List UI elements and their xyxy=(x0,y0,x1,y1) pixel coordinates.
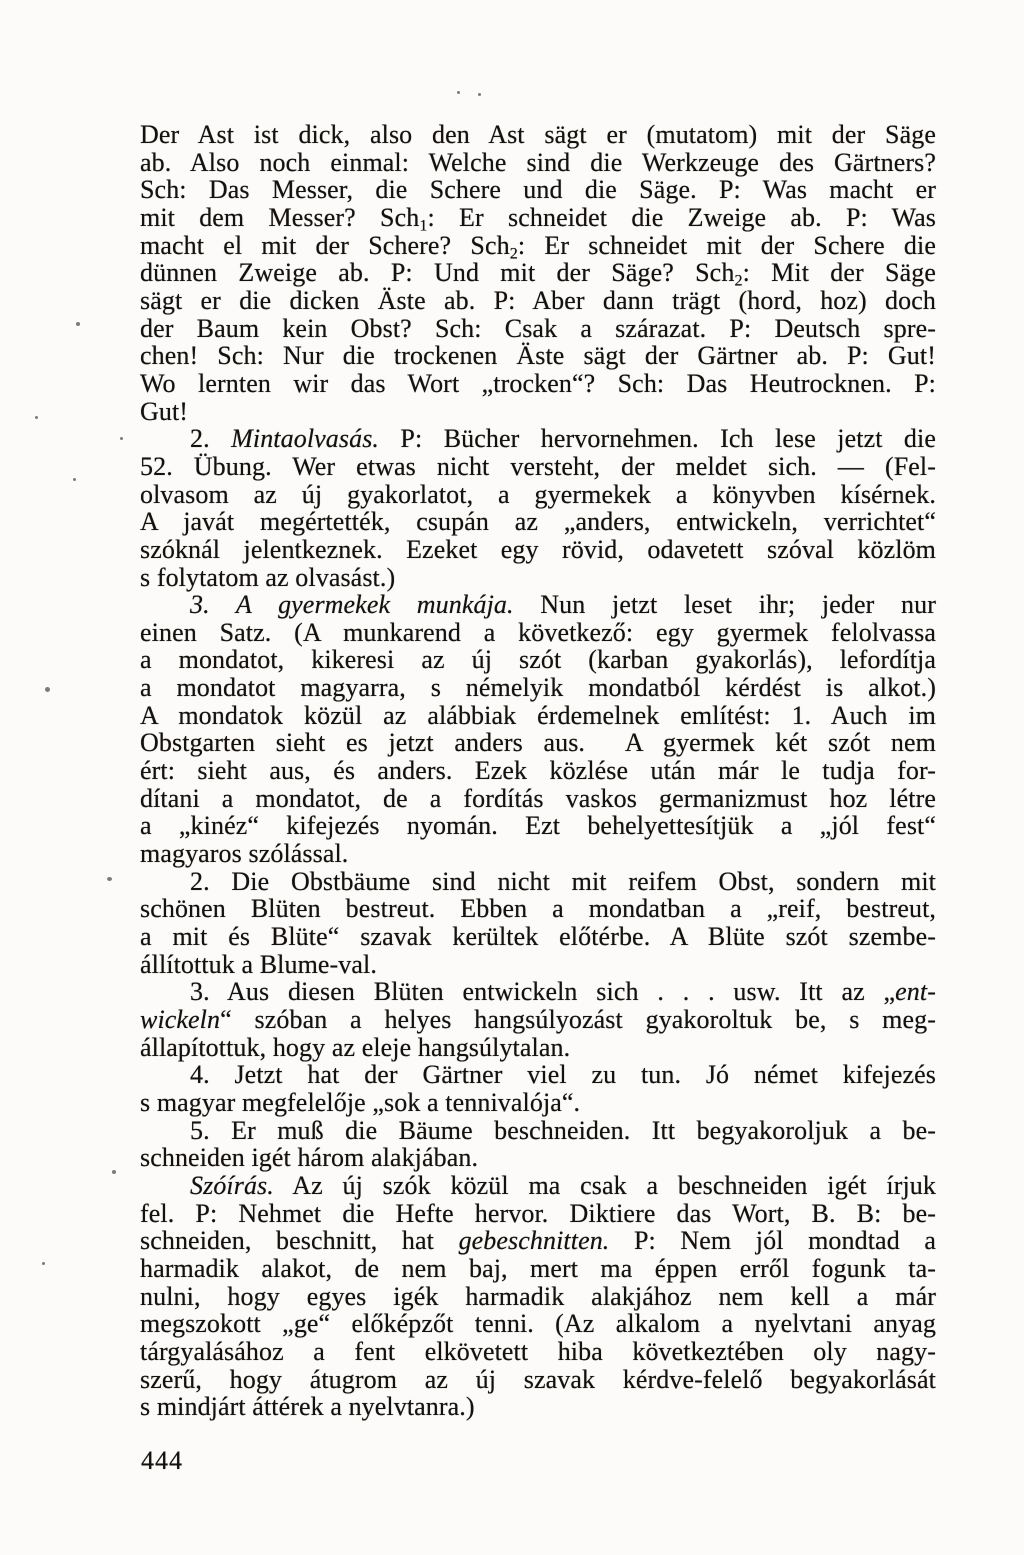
text-line: s mindjárt áttérek a nyelvtanra.) xyxy=(140,1393,936,1421)
text-line: schneiden igét három alakjában. xyxy=(140,1144,936,1172)
text-line: 2. Die Obstbäume sind nicht mit reifem O… xyxy=(140,868,936,896)
text-line: fel. P: Nehmet die Hefte hervor. Diktier… xyxy=(140,1200,936,1228)
text-line: Szóírás. Az új szók közül ma csak a besc… xyxy=(140,1172,936,1200)
text-line: olvasom az új gyakorlatot, a gyermekek a… xyxy=(140,481,936,509)
text-line: s magyar megfelelője „sok a tennivalója“… xyxy=(140,1089,936,1117)
text-line: dítani a mondatot, de a fordítás vaskos … xyxy=(140,785,936,813)
text-line: schönen Blüten bestreut. Ebben a mondatb… xyxy=(140,895,936,923)
text-line: 2. Mintaolvasás. P: Bücher hervornehmen.… xyxy=(140,425,936,453)
text-line: szóknál jelentkeznek. Ezeket egy rövid, … xyxy=(140,536,936,564)
scan-speck xyxy=(76,322,80,326)
text-line: állapítottuk, hogy az eleje hangsúlytala… xyxy=(140,1034,936,1062)
text-line: tárgyalásához a fent elkövetett hiba köv… xyxy=(140,1338,936,1366)
text-line: állítottuk a Blume-val. xyxy=(140,951,936,979)
text-line: 4. Jetzt hat der Gärtner viel zu tun. Jó… xyxy=(140,1061,936,1089)
text-line: szerű, hogy átugrom az új szavak kérdve-… xyxy=(140,1366,936,1394)
text-line: macht el mit der Schere? Sch2: Er schnei… xyxy=(140,232,936,260)
text-line: ab. Also noch einmal: Welche sind die We… xyxy=(140,149,936,177)
text-line: harmadik alakot, de nem baj, mert ma épp… xyxy=(140,1255,936,1283)
text-line: a mit és Blüte“ szavak kerültek előtérbe… xyxy=(140,923,936,951)
text-line: a „kinéz“ kifejezés nyomán. Ezt behelyet… xyxy=(140,812,936,840)
scan-speck xyxy=(107,877,112,881)
text-line: chen! Sch: Nur die trockenen Äste sägt d… xyxy=(140,342,936,370)
text-line: Wo lernten wir das Wort „trocken“? Sch: … xyxy=(140,370,936,398)
text-line: 5. Er muß die Bäume beschneiden. Itt beg… xyxy=(140,1117,936,1145)
text-line: nulni, hogy egyes igék harmadik alakjáho… xyxy=(140,1283,936,1311)
text-line: A javát megértették, csupán az „anders, … xyxy=(140,508,936,536)
text-line: ért: sieht aus, és anders. Ezek közlése … xyxy=(140,757,936,785)
scan-speck xyxy=(73,478,76,481)
text-block: Der Ast ist dick, also den Ast sägt er (… xyxy=(140,121,936,1421)
text-line: wickeln“ szóban a helyes hangsúlyozást g… xyxy=(140,1006,936,1034)
page-number: 444 xyxy=(141,1446,183,1476)
text-line: a mondatot magyarra, s némelyik mondatbó… xyxy=(140,674,936,702)
scan-speck xyxy=(478,93,481,96)
text-line: dünnen Zweige ab. P: Und mit der Säge? S… xyxy=(140,259,936,287)
text-line: Sch: Das Messer, die Schere und die Säge… xyxy=(140,176,936,204)
scan-speck xyxy=(42,1262,45,1265)
text-line: Der Ast ist dick, also den Ast sägt er (… xyxy=(140,121,936,149)
scanned-page: Der Ast ist dick, also den Ast sägt er (… xyxy=(0,0,1024,1555)
text-line: megszokott „ge“ előképzőt tenni. (Az alk… xyxy=(140,1310,936,1338)
text-line: 3. A gyermekek munkája. Nun jetzt leset … xyxy=(140,591,936,619)
scan-speck xyxy=(35,416,38,419)
text-line: einen Satz. (A munkarend a következő: eg… xyxy=(140,619,936,647)
text-line: schneiden, beschnitt, hat gebeschnitten.… xyxy=(140,1227,936,1255)
text-line: Gut! xyxy=(140,398,936,426)
text-line: s folytatom az olvasást.) xyxy=(140,564,936,592)
text-line: magyaros szólással. xyxy=(140,840,936,868)
text-line: 52. Übung. Wer etwas nicht versteht, der… xyxy=(140,453,936,481)
scan-speck xyxy=(45,687,50,692)
text-line: a mondatot, kikeresi az új szót (karban … xyxy=(140,646,936,674)
text-line: der Baum kein Obst? Sch: Csak a szárazat… xyxy=(140,315,936,343)
text-line: sägt er die dicken Äste ab. P: Aber dann… xyxy=(140,287,936,315)
scan-speck xyxy=(112,1170,116,1174)
scan-speck xyxy=(120,437,123,440)
text-line: mit dem Messer? Sch1: Er schneidet die Z… xyxy=(140,204,936,232)
text-line: 3. Aus diesen Blüten entwickeln sich . .… xyxy=(140,978,936,1006)
text-line: Obstgarten sieht es jetzt anders aus. A … xyxy=(140,729,936,757)
text-line: A mondatok közül az alábbiak érdemelnek … xyxy=(140,702,936,730)
scan-speck xyxy=(457,91,460,94)
